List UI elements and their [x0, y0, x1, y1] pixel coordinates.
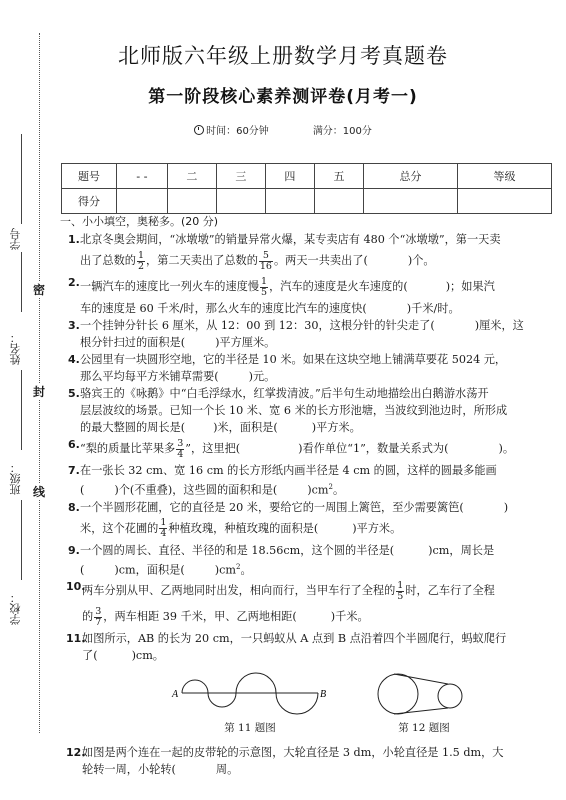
seal-char-mi: 密 — [31, 282, 47, 298]
figure-12-belt-pulleys — [372, 666, 472, 724]
name-line-upper — [21, 252, 22, 312]
score-table-header-row: 题号 - - 二 三 四 五 总分 等级 — [62, 164, 552, 189]
score-table-header: 四 — [265, 164, 314, 189]
section-heading: 一、小小填空，奥秘多。(20 分) — [60, 213, 552, 230]
class-field: 班级： — [8, 462, 22, 495]
figure-11-caption: 第 11 题图 — [200, 720, 300, 737]
question-12: 12. 如图是两个连在一起的皮带轮的示意图，大轮直径是 3 dm，小轮直径是 1… — [60, 744, 552, 778]
question-10: 10. 两车分别从甲、乙两地同时出发，相向而行，当甲车行了全程的15时，乙车行了… — [60, 578, 552, 630]
question-2: 2. 一辆汽车的速度比一列火车的速度慢15，汽车的速度是火车速度的()；如果汽 … — [60, 274, 552, 317]
score-table-score-row: 得分 — [62, 189, 552, 214]
seal-dotted-line — [39, 33, 40, 733]
score-cell[interactable] — [117, 189, 168, 214]
score-table-header: 题号 — [62, 164, 117, 189]
score-cell[interactable] — [314, 189, 363, 214]
question-7: 7. 在一张长 32 cm、宽 16 cm 的长方形纸内画半径是 4 cm 的圆… — [60, 462, 552, 499]
score-table-header: 二 — [167, 164, 216, 189]
school-field: 学校： — [8, 592, 22, 625]
question-1: 1. 北京冬奥会期间，“冰墩墩”的销量异常火爆，某专卖店有 480 个“冰墩墩”… — [60, 231, 552, 274]
score-table: 题号 - - 二 三 四 五 总分 等级 得分 — [61, 163, 552, 214]
score-table-header: 三 — [216, 164, 265, 189]
question-8: 8. 一个半圆形花圃，它的直径是 20 米，要给它的一周围上篱笆，至少需要篱笆(… — [60, 499, 552, 542]
seal-char-xian: 线 — [31, 484, 47, 500]
score-cell[interactable] — [216, 189, 265, 214]
binding-margin: 密 封 线 学号 姓名： 班级： 学校： — [0, 0, 60, 800]
time-label: 时间：60分钟 — [206, 126, 269, 137]
question-6: 6. “梨的质量比苹果多34”，这里把()看作单位“1”，数量关系式为()。 — [60, 436, 552, 462]
student-id-field: 学号 — [8, 228, 22, 250]
score-table-header: - - — [117, 164, 168, 189]
question-section-1: 一、小小填空，奥秘多。(20 分) 1. 北京冬奥会期间，“冰墩墩”的销量异常火… — [60, 213, 552, 778]
name-field: 姓名： — [8, 332, 22, 365]
score-table-header: 五 — [314, 164, 363, 189]
question-5: 5. 骆宾王的《咏鹅》中“白毛浮绿水，红掌拨清波。”后半句生动地描绘出白鹅游水荡… — [60, 385, 552, 436]
score-cell[interactable] — [167, 189, 216, 214]
name-line[interactable] — [21, 370, 22, 450]
score-table-header: 等级 — [457, 164, 551, 189]
figures-row: A B 第 11 题图 第 12 题图 — [60, 664, 552, 744]
figure-12-caption: 第 12 题图 — [374, 720, 474, 737]
class-line[interactable] — [21, 500, 22, 580]
question-11: 11. 如图所示，AB 的长为 20 cm，一只蚂蚁从 A 点到 B 点沿着四个… — [60, 630, 552, 664]
score-cell[interactable] — [265, 189, 314, 214]
score-cell[interactable] — [457, 189, 551, 214]
score-row-label: 得分 — [62, 189, 117, 214]
full-score-label: 满分：100分 — [313, 126, 372, 137]
question-4: 4. 公园里有一块圆形空地，它的半径是 10 米。如果在这块空地上铺满草要花 5… — [60, 351, 552, 385]
question-9: 9. 一个圆的周长、直径、半径的和是 18.56cm，这个圆的半径是()cm，周… — [60, 542, 552, 579]
exam-title: 北师版六年级上册数学月考真题卷 — [0, 40, 566, 70]
figure-11-semicircles: A B — [170, 666, 330, 724]
score-table-header: 总分 — [363, 164, 457, 189]
student-id-line[interactable] — [21, 134, 22, 224]
score-cell[interactable] — [363, 189, 457, 214]
exam-meta: 时间：60分钟满分：100分 — [0, 122, 566, 137]
seal-char-feng: 封 — [31, 384, 47, 400]
question-3: 3. 一个挂钟分针长 6 厘米，从 12：00 到 12：30，这根分针的针尖走… — [60, 317, 552, 351]
exam-subtitle: 第一阶段核心素养测评卷(月考一) — [0, 82, 566, 107]
point-a-label: A — [171, 689, 179, 700]
point-b-label: B — [320, 689, 326, 700]
clock-icon — [194, 125, 204, 135]
